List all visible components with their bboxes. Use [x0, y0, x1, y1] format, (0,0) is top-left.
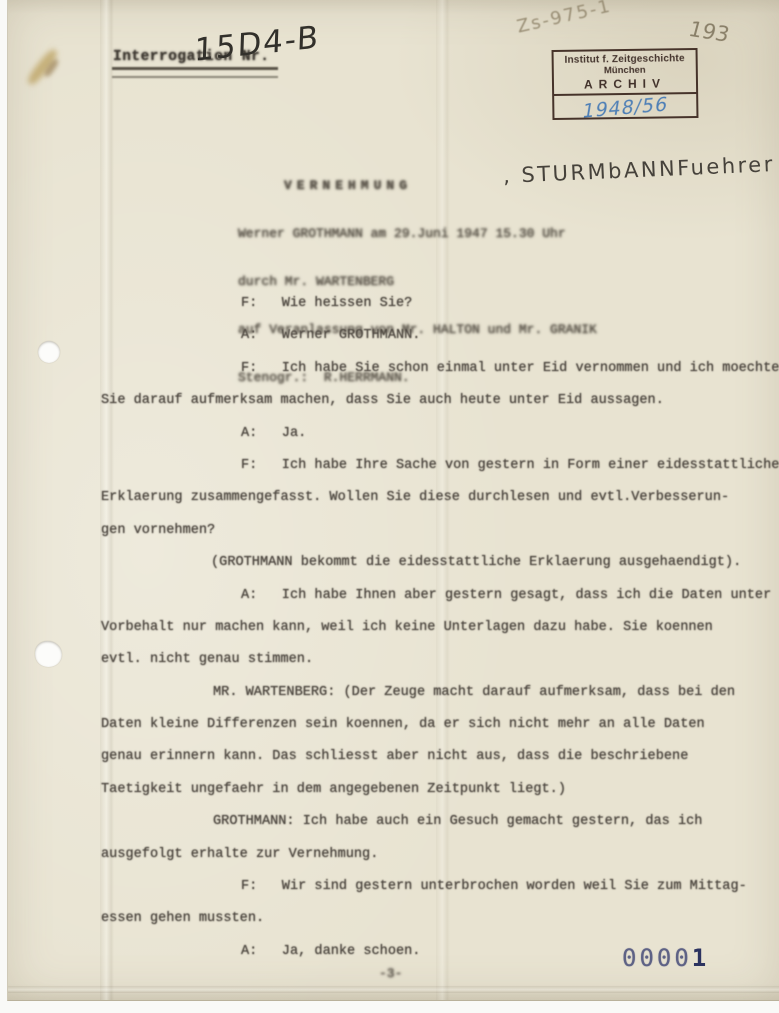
header-subject-line: Werner GROTHMANN am 29.Juni 1947 15.30 U… [238, 226, 597, 242]
serial-number-stamp: 00001 [622, 944, 709, 972]
page-number: -3- [379, 966, 402, 981]
interrogation-number-handwritten: 15D4-B [194, 19, 321, 69]
folio-number-pencil-note: 193 [686, 17, 732, 47]
transcript-line: genau erinnern kann. Das schliesst aber … [101, 741, 773, 773]
transcript-line: F: Wie heissen Sie? [101, 288, 773, 320]
serial-number-last-digit: 1 [692, 944, 709, 972]
scanned-document: Interrogation Nr. 15D4-B Zs-975-1 193 In… [0, 0, 779, 1013]
transcript-line: F: Wir sind gestern unterbrochen worden … [101, 871, 773, 903]
interrogation-label-underline [112, 67, 278, 78]
stamp-city-line: München [554, 64, 696, 77]
transcript-line: A: Ich habe Ihnen aber gestern gesagt, d… [101, 580, 773, 612]
transcript-line: MR. WARTENBERG: (Der Zeuge macht darauf … [101, 677, 773, 709]
archive-stamp: Institut f. Zeitgeschichte München ARCHI… [552, 48, 699, 120]
transcript-body: F: Wie heissen Sie? A: Werner GROTHMANN.… [101, 288, 773, 968]
transcript-line: Taetigkeit ungefaehr in dem angegebenen … [101, 774, 773, 806]
transcript-line: Sie darauf aufmerksam machen, dass Sie a… [101, 385, 773, 417]
punch-hole-bottom [35, 641, 62, 667]
paper-sheet: Interrogation Nr. 15D4-B Zs-975-1 193 In… [7, 0, 779, 1001]
archive-signature-pencil-note: Zs-975-1 [515, 0, 614, 38]
punch-hole-top [38, 341, 60, 363]
transcript-line: gen vornehmen? [101, 515, 773, 547]
transcript-line: Daten kleine Differenzen sein koennen, d… [101, 709, 773, 741]
transcript-line: A: Ja. [101, 418, 773, 450]
transcript-line: ausgefolgt erhalte zur Vernehmung. [101, 839, 773, 871]
transcript-line: (GROTHMANN bekommt die eidesstattliche E… [101, 547, 773, 579]
transcript-line: Erklaerung zusammengefasst. Wollen Sie d… [101, 482, 773, 514]
transcript-line: Vorbehalt nur machen kann, weil ich kein… [101, 612, 773, 644]
transcript-line: F: Ich habe Sie schon einmal unter Eid v… [101, 353, 773, 385]
transcript-line: GROTHMANN: Ich habe auch ein Gesuch gema… [101, 806, 773, 838]
transcript-line: F: Ich habe Ihre Sache von gestern in Fo… [101, 450, 773, 482]
transcript-line: evtl. nicht genau stimmen. [101, 644, 773, 676]
transcript-line: A: Werner GROTHMANN. [101, 320, 773, 352]
serial-number-prefix: 0000 [622, 944, 692, 972]
stamp-archiv-line: ARCHIV [554, 76, 696, 92]
stamp-accession-number: 1948/56 [553, 91, 698, 125]
transcript-line: essen gehen mussten. [101, 903, 773, 935]
bottom-edge-crease [8, 986, 779, 993]
